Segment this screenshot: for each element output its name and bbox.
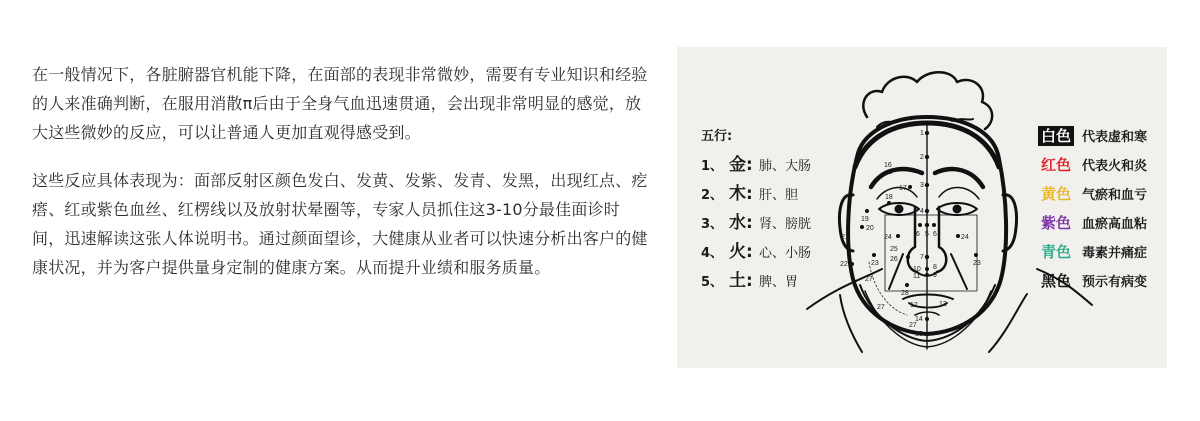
element-number: 5、 xyxy=(701,268,729,297)
element-number: 2、 xyxy=(701,181,729,210)
svg-text:8: 8 xyxy=(933,264,937,271)
svg-text:17: 17 xyxy=(899,185,907,192)
svg-text:27: 27 xyxy=(865,276,873,283)
color-meaning: 气瘀和血亏 xyxy=(1082,188,1147,203)
svg-text:7: 7 xyxy=(920,254,924,261)
face-diagnosis-figure: 1 2 3 4 5 6 6 7 8 9 10 11 12 13 14 15 16… xyxy=(677,47,1167,368)
svg-text:5: 5 xyxy=(925,231,929,238)
color-meaning: 毒素并痛症 xyxy=(1082,246,1147,261)
article-text: 在一般情况下，各脏腑器官机能下降，在面部的表现非常微妙，需要有专业知识和经验的人… xyxy=(32,60,652,301)
element-number: 3、 xyxy=(701,210,729,239)
svg-text:18: 18 xyxy=(885,194,893,201)
svg-text:2: 2 xyxy=(920,154,924,161)
five-elements-row: 3、水:肾、膀胱 xyxy=(701,209,811,238)
svg-text:6: 6 xyxy=(916,231,920,238)
element-name: 水: xyxy=(729,209,759,238)
five-elements-legend: 五行: 1、金:肺、大肠 2、木:肝、胆 3、水:肾、膀胱 4、火:心、小肠 5… xyxy=(701,123,811,296)
svg-text:25: 25 xyxy=(890,246,898,253)
svg-text:13: 13 xyxy=(939,301,947,308)
svg-text:3: 3 xyxy=(920,182,924,189)
element-name: 火: xyxy=(729,238,759,267)
svg-text:16: 16 xyxy=(884,162,892,169)
svg-text:4: 4 xyxy=(920,208,924,215)
color-label-red: 红色 xyxy=(1038,155,1074,175)
color-label-white: 白色 xyxy=(1038,126,1074,146)
color-legend-row: 青色毒素并痛症 xyxy=(1038,239,1147,268)
svg-text:11: 11 xyxy=(913,273,920,280)
svg-text:23: 23 xyxy=(973,260,981,267)
color-meaning: 预示有病变 xyxy=(1082,275,1147,290)
svg-text:24: 24 xyxy=(961,234,969,241)
element-name: 木: xyxy=(729,180,759,209)
color-meaning: 血瘀高血粘 xyxy=(1082,217,1147,232)
color-legend-row: 黑色预示有病变 xyxy=(1038,268,1147,297)
color-label-cyan: 青色 xyxy=(1038,242,1074,262)
color-label-purple: 紫色 xyxy=(1038,213,1074,233)
element-organs: 肾、膀胱 xyxy=(759,217,811,232)
paragraph-2: 这些反应具体表现为：面部反射区颜色发白、发黄、发紫、发青、发黑，出现红点、疙瘩、… xyxy=(32,166,652,282)
svg-text:26: 26 xyxy=(890,256,898,263)
element-name: 土: xyxy=(729,267,759,296)
svg-text:28: 28 xyxy=(901,290,909,297)
element-name: 金: xyxy=(729,151,759,180)
five-elements-row: 1、金:肺、大肠 xyxy=(701,151,811,180)
five-elements-row: 4、火:心、小肠 xyxy=(701,238,811,267)
svg-text:12: 12 xyxy=(910,302,918,309)
svg-text:27: 27 xyxy=(909,322,917,329)
color-meaning: 代表火和炎 xyxy=(1082,159,1147,174)
color-legend-row: 黄色气瘀和血亏 xyxy=(1038,181,1147,210)
svg-text:24: 24 xyxy=(884,234,892,241)
five-elements-title: 五行: xyxy=(701,123,811,151)
color-legend-row: 红色代表火和炎 xyxy=(1038,152,1147,181)
element-number: 1、 xyxy=(701,152,729,181)
element-number: 4、 xyxy=(701,239,729,268)
svg-text:1: 1 xyxy=(920,130,924,137)
svg-text:9: 9 xyxy=(933,272,937,279)
color-meaning: 代表虚和寒 xyxy=(1082,130,1147,145)
element-organs: 肺、大肠 xyxy=(759,159,811,174)
element-organs: 心、小肠 xyxy=(759,246,811,261)
svg-text:6: 6 xyxy=(933,231,937,238)
element-organs: 肝、胆 xyxy=(759,188,798,203)
color-legend-row: 紫色血瘀高血粘 xyxy=(1038,210,1147,239)
paragraph-1: 在一般情况下，各脏腑器官机能下降，在面部的表现非常微妙，需要有专业知识和经验的人… xyxy=(32,60,652,147)
color-label-yellow: 黄色 xyxy=(1038,184,1074,204)
color-legend-row: 白色代表虚和寒 xyxy=(1038,123,1147,152)
svg-text:21: 21 xyxy=(841,234,849,241)
svg-text:27: 27 xyxy=(877,304,885,311)
color-label-black: 黑色 xyxy=(1038,271,1074,291)
five-elements-row: 2、木:肝、胆 xyxy=(701,180,811,209)
svg-text:19: 19 xyxy=(861,216,869,223)
element-organs: 脾、胃 xyxy=(759,275,798,290)
color-meaning-legend: 白色代表虚和寒 红色代表火和炎 黄色气瘀和血亏 紫色血瘀高血粘 青色毒素并痛症 … xyxy=(1038,123,1147,297)
svg-text:20: 20 xyxy=(866,225,874,232)
svg-text:22: 22 xyxy=(840,261,848,268)
five-elements-row: 5、土:脾、胃 xyxy=(701,267,811,296)
svg-text:10: 10 xyxy=(913,266,921,273)
svg-text:23: 23 xyxy=(871,260,879,267)
svg-text:15: 15 xyxy=(915,331,923,338)
